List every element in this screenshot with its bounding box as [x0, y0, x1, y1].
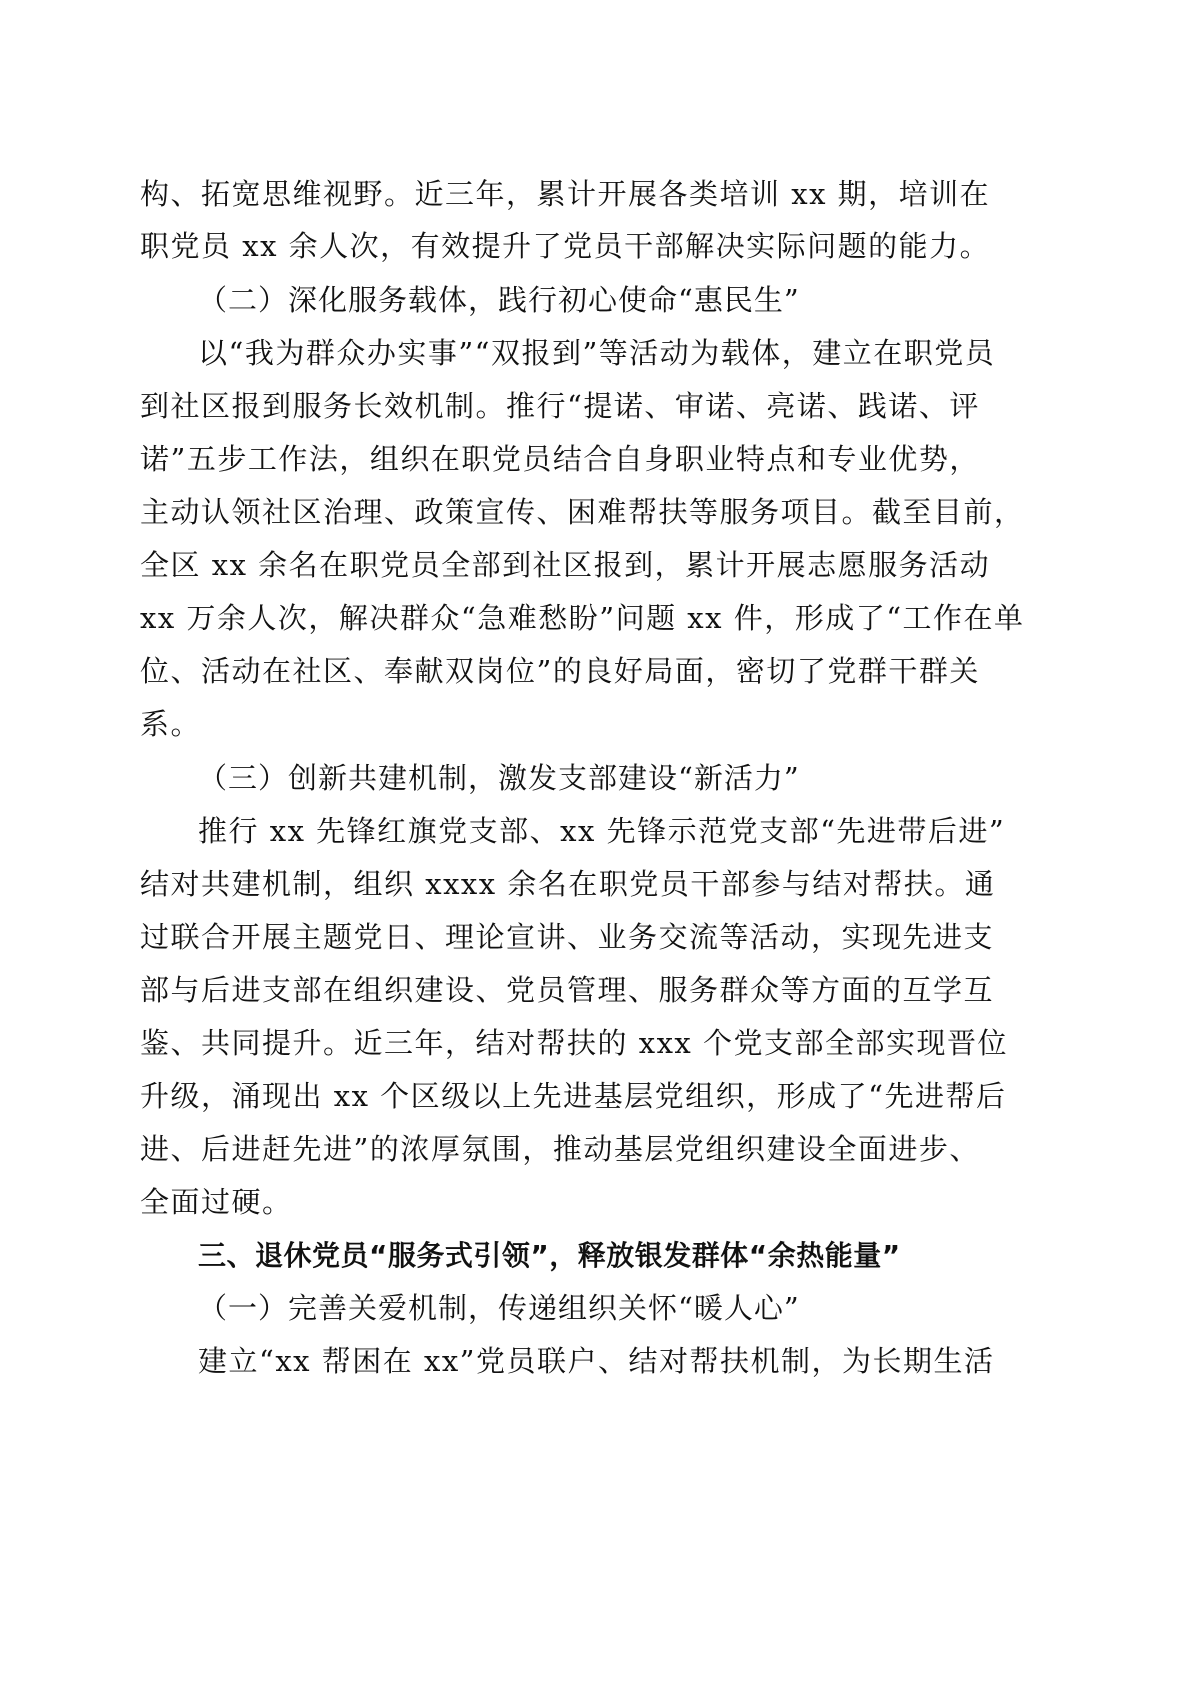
- paragraph-line: 到社区报到服务长效机制。推行“提诺、审诺、亮诺、践诺、评: [140, 380, 962, 432]
- paragraph-line: 以“我为群众办实事”“双报到”等活动为载体，建立在职党员: [140, 327, 962, 379]
- paragraph-line: 进、后进赶先进”的浓厚氛围，推动基层党组织建设全面进步、: [140, 1123, 962, 1175]
- paragraph-line: 结对共建机制，组织 xxxx 余名在职党员干部参与结对帮扶。通: [140, 858, 962, 910]
- paragraph-line: 位、活动在社区、奉献双岗位”的良好局面，密切了党群干群关: [140, 645, 962, 697]
- paragraph-line: 全区 xx 余名在职党员全部到社区报到，累计开展志愿服务活动: [140, 539, 962, 591]
- chapter-heading-3: 三、退休党员“服务式引领”，释放银发群体“余热能量”: [140, 1230, 901, 1282]
- section-heading-2: （二）深化服务载体，践行初心使命“惠民生”: [140, 274, 800, 326]
- paragraph-line: 全面过硬。: [140, 1176, 293, 1228]
- paragraph-line: 系。: [140, 698, 201, 750]
- paragraph-line: 职党员 xx 余人次，有效提升了党员干部解决实际问题的能力。: [140, 220, 990, 272]
- paragraph-line: 部与后进支部在组织建设、党员管理、服务群众等方面的互学互: [140, 964, 962, 1016]
- section-heading-1: （一）完善关爱机制，传递组织关怀“暖人心”: [140, 1282, 800, 1334]
- paragraph-line: 主动认领社区治理、政策宣传、困难帮扶等服务项目。截至目前，: [140, 486, 962, 538]
- section-heading-3: （三）创新共建机制，激发支部建设“新活力”: [140, 752, 800, 804]
- paragraph-line: 过联合开展主题党日、理论宣讲、业务交流等活动，实现先进支: [140, 911, 962, 963]
- paragraph-line: 鉴、共同提升。近三年，结对帮扶的 xxx 个党支部全部实现晋位: [140, 1017, 962, 1069]
- paragraph-line: xx 万余人次，解决群众“急难愁盼”问题 xx 件，形成了“工作在单: [140, 592, 962, 644]
- paragraph-line: 建立“xx 帮困在 xx”党员联户、结对帮扶机制，为长期生活: [140, 1335, 962, 1387]
- paragraph-line: 升级，涌现出 xx 个区级以上先进基层党组织，形成了“先进帮后: [140, 1070, 962, 1122]
- paragraph-line: 诺”五步工作法，组织在职党员结合自身职业特点和专业优势，: [140, 433, 962, 485]
- paragraph-line: 构、拓宽思维视野。近三年，累计开展各类培训 xx 期，培训在: [140, 168, 962, 220]
- paragraph-line: 推行 xx 先锋红旗党支部、xx 先锋示范党支部“先进带后进”: [140, 805, 962, 857]
